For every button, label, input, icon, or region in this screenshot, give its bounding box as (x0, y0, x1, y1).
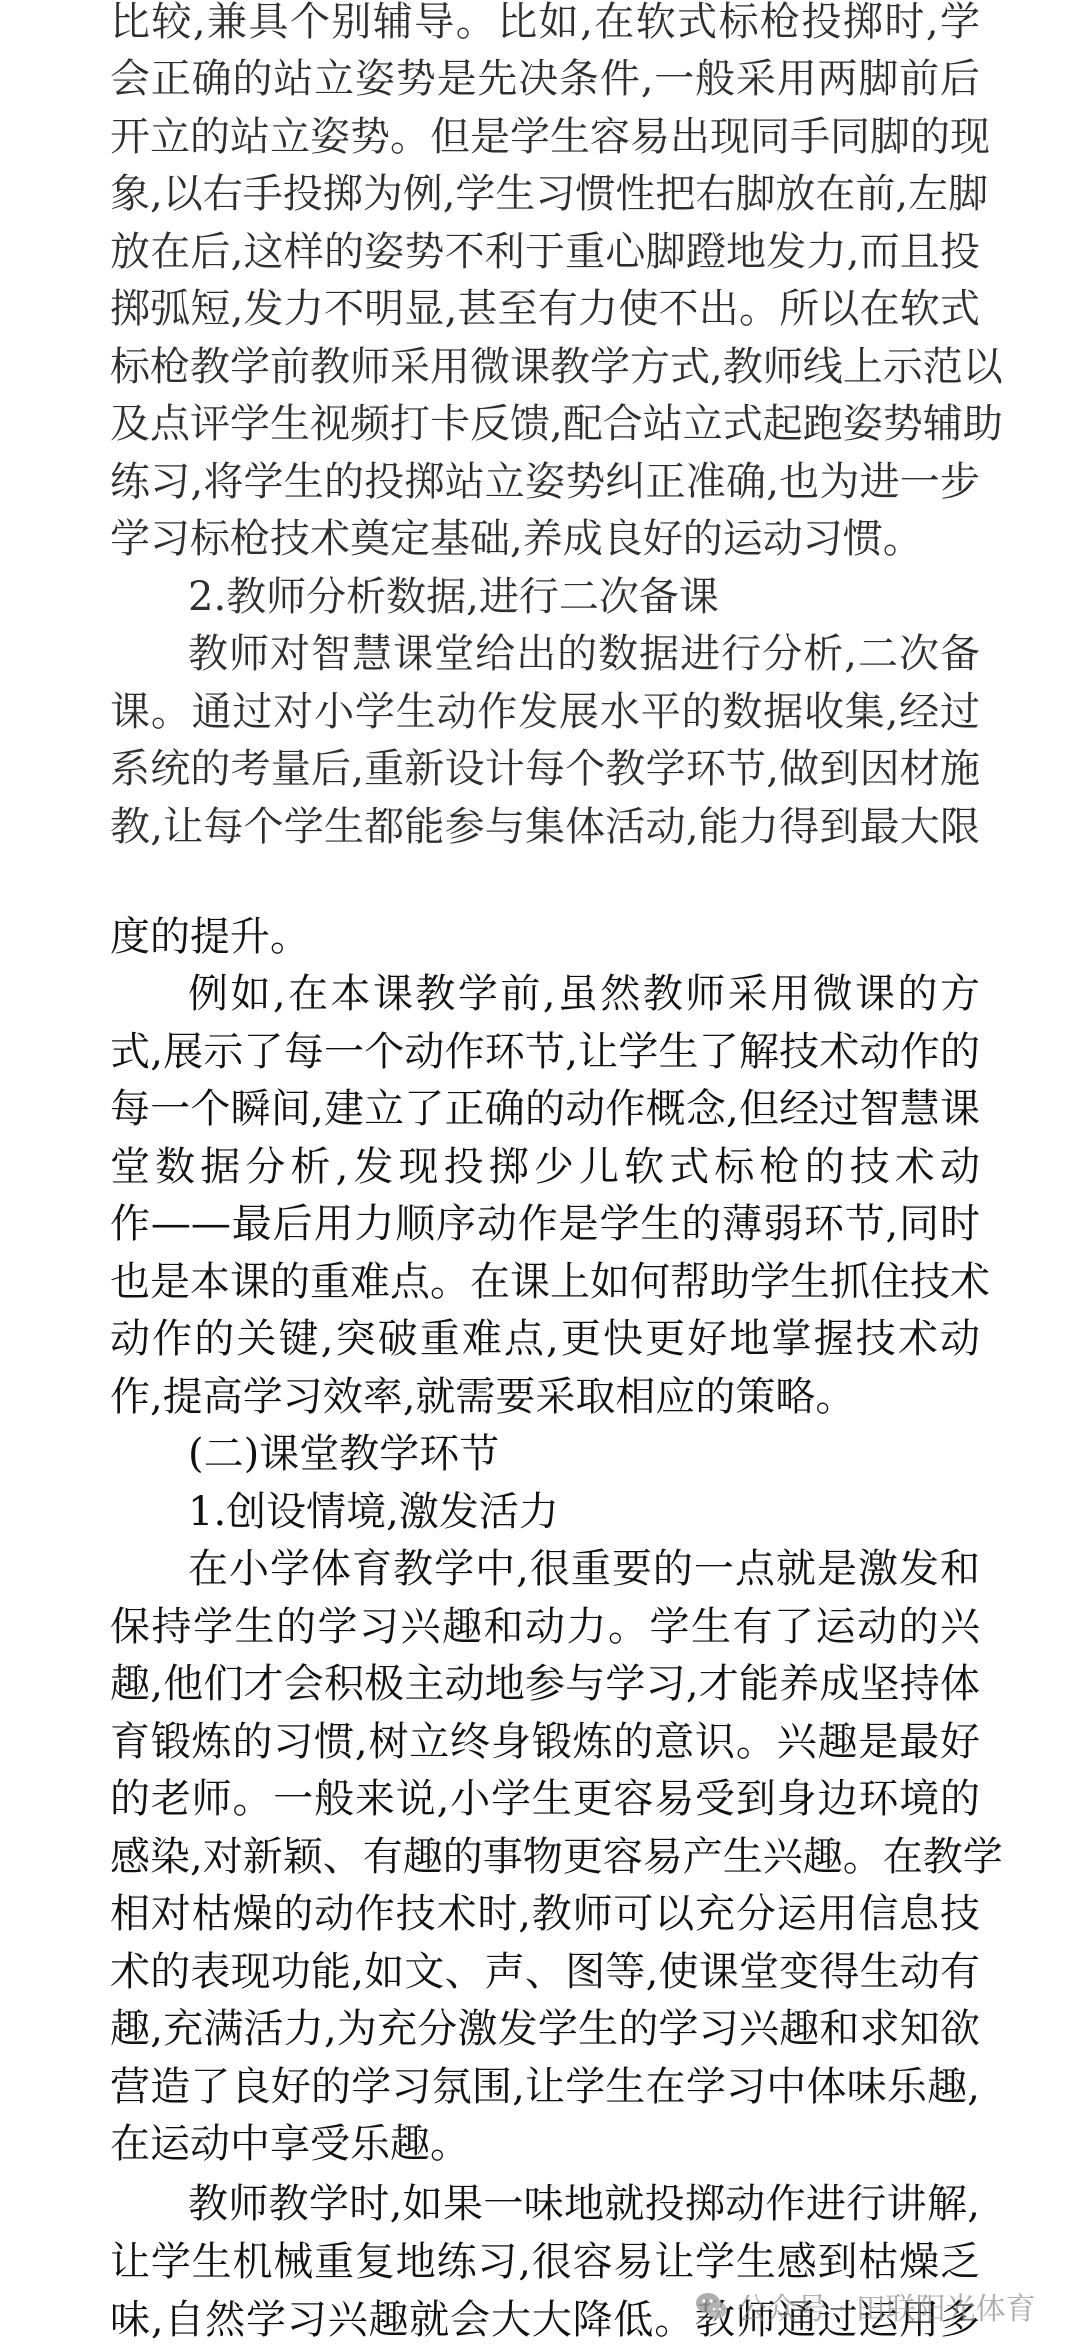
paragraph-first-line: 在小学体育教学中,很重要的一点就是激发和 (188, 1547, 980, 1591)
text-line: 每一个瞬间,建立了正确的动作概念,但经过智慧课 (110, 1087, 980, 1131)
watermark: 公众号 · 田联阳光体育 (695, 2286, 1036, 2326)
text-line: 会正确的站立姿势是先决条件,一般采用两脚前后 (110, 57, 980, 101)
text-line: 学习标枪技术奠定基础,养成良好的运动习惯。 (110, 517, 980, 561)
text-line: 课。通过对小学生动作发展水平的数据收集,经过 (110, 690, 980, 734)
text-line: 趣,充满活力,为充分激发学生的学习兴趣和求知欲 (110, 2007, 980, 2051)
text-line: 营造了良好的学习氛围,让学生在学习中体味乐趣, (110, 2065, 980, 2109)
text-line: 趣,他们才会积极主动地参与学习,才能养成坚持体 (110, 1662, 980, 1706)
text-line: 作——最后用力顺序动作是学生的薄弱环节,同时 (110, 1202, 980, 1246)
text-line: 感染,对新颖、有趣的事物更容易产生兴趣。在教学 (110, 1835, 980, 1879)
watermark-text: 公众号 · 田联阳光体育 (737, 2284, 1036, 2328)
text-line: 让学生机械重复地练习,很容易让学生感到枯燥乏 (110, 2240, 980, 2284)
text-line: 及点评学生视频打卡反馈,配合站立式起跑姿势辅助 (110, 402, 980, 446)
text-line: 系统的考量后,重新设计每个教学环节,做到因材施 (110, 747, 980, 791)
text-line: 教,让每个学生都能参与集体活动,能力得到最大限 (110, 805, 980, 849)
text-line: 术的表现功能,如文、声、图等,使课堂变得生动有 (110, 1950, 980, 1994)
text-line: 开立的站立姿势。但是学生容易出现同手同脚的现 (110, 115, 980, 159)
text-line: 也是本课的重难点。在课上如何帮助学生抓住技术 (110, 1260, 980, 1304)
text-line: 在运动中享受乐趣。 (110, 2122, 980, 2166)
paragraph-first-line: 教师对智慧课堂给出的数据进行分析,二次备 (188, 632, 980, 676)
subsection-heading: 1.创设情境,激发活力 (188, 1490, 980, 1534)
text-line: 放在后,这样的姿势不利于重心脚蹬地发力,而且投 (110, 230, 980, 274)
text-line: 度的提升。 (110, 915, 980, 959)
text-line: 式,展示了每一个动作环节,让学生了解技术动作的 (110, 1030, 980, 1074)
text-line: 动作的关键,突破重难点,更快更好地掌握技术动 (110, 1317, 980, 1361)
text-line: 保持学生的学习兴趣和动力。学生有了运动的兴 (110, 1605, 980, 1649)
text-line: 相对枯燥的动作技术时,教师可以充分运用信息技 (110, 1892, 980, 1936)
paragraph-first-line: 例如,在本课教学前,虽然教师采用微课的方 (188, 972, 980, 1016)
text-line: 比较,兼具个别辅导。比如,在软式标枪投掷时,学 (110, 0, 980, 44)
text-line: 练习,将学生的投掷站立姿势纠正准确,也为进一步 (110, 460, 980, 504)
text-line: 标枪教学前教师采用微课教学方式,教师线上示范以 (110, 345, 980, 389)
wechat-icon (695, 2291, 729, 2321)
text-line: 的老师。一般来说,小学生更容易受到身边环境的 (110, 1777, 980, 1821)
text-line: 象,以右手投掷为例,学生习惯性把右脚放在前,左脚 (110, 172, 980, 216)
document-page: 比较,兼具个别辅导。比如,在软式标枪投掷时,学 会正确的站立姿势是先决条件,一般… (0, 0, 1080, 2348)
text-line: 育锻炼的习惯,树立终身锻炼的意识。兴趣是最好 (110, 1720, 980, 1764)
paragraph-first-line: 教师教学时,如果一味地就投掷动作进行讲解, (188, 2182, 980, 2226)
text-line: 掷弧短,发力不明显,甚至有力使不出。所以在软式 (110, 287, 980, 331)
section-heading: (二)课堂教学环节 (188, 1432, 980, 1476)
text-line: 作,提高学习效率,就需要采取相应的策略。 (110, 1375, 980, 1419)
text-line: 堂数据分析,发现投掷少儿软式标枪的技术动 (110, 1145, 980, 1189)
section-heading: 2.教师分析数据,进行二次备课 (188, 575, 980, 619)
